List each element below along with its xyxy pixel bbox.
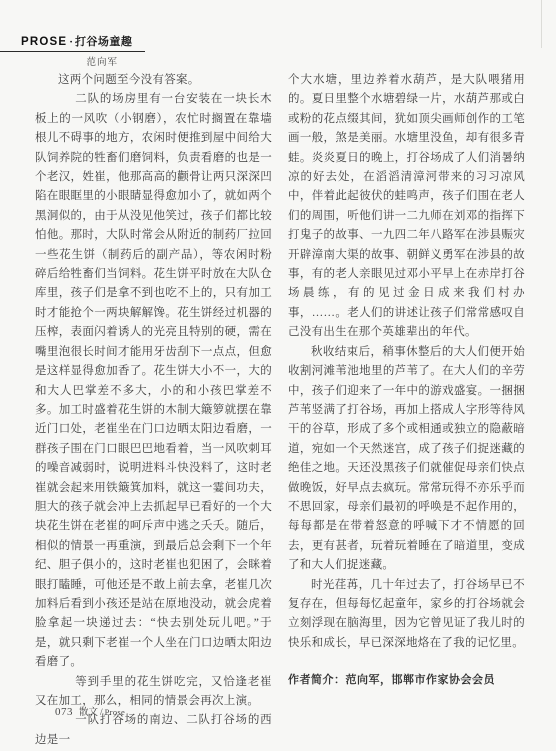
paragraph: 秋收结束后，稍事休整后的大人们便开始收割河滩苇池地里的芦苇了。在大人们的辛劳中，…: [288, 343, 525, 576]
header-article-title: 打谷场童趣: [75, 36, 133, 48]
footer-section-label: 散文: [79, 708, 98, 718]
paragraph: 二队的场房里有一台安装在一块长木板上的一风吹（小钢磨），农忙时搁置在靠墙根儿不碍…: [35, 90, 272, 672]
scan-edge-artifact: [541, 0, 542, 48]
header-author: 范向军: [0, 54, 118, 68]
paragraph: 时光荏苒，几十年过去了，打谷场早已不复存在，但每每忆起童年，家乡的打谷场就会立刻…: [288, 576, 525, 654]
header-separator: ·: [69, 36, 73, 48]
footer-section-english: Prose: [105, 707, 125, 717]
header-title-row: PROSE·打谷场童趣: [0, 34, 160, 49]
paragraph: 这两个问题至今没有答案。: [35, 71, 272, 90]
column-right: 个大水塘，里边养着水葫芦，是大队喂猪用的。夏日里整个水塘碧绿一片，水葫芦那或白或…: [288, 71, 525, 750]
footer-page-number: 073: [55, 706, 73, 718]
page-header: PROSE·打谷场童趣 范向军: [0, 34, 160, 68]
header-rule: [0, 51, 145, 52]
magazine-page: PROSE·打谷场童趣 范向军 这两个问题至今没有答案。 二队的场房里有一台安装…: [0, 0, 556, 751]
paragraph: 个大水塘，里边养着水葫芦，是大队喂猪用的。夏日里整个水塘碧绿一片，水葫芦那或白或…: [288, 71, 525, 343]
article-body: 这两个问题至今没有答案。 二队的场房里有一台安装在一块长木板上的一风吹（小钢磨）…: [35, 71, 525, 750]
header-brand: PROSE: [21, 36, 67, 48]
column-left: 这两个问题至今没有答案。 二队的场房里有一台安装在一块长木板上的一风吹（小钢磨）…: [35, 71, 272, 750]
author-bio: 作者简介：范向军，邯郸市作家协会会员: [288, 671, 525, 690]
page-footer: 073散文/Prose: [55, 702, 125, 720]
footer-slash: /: [100, 708, 103, 718]
